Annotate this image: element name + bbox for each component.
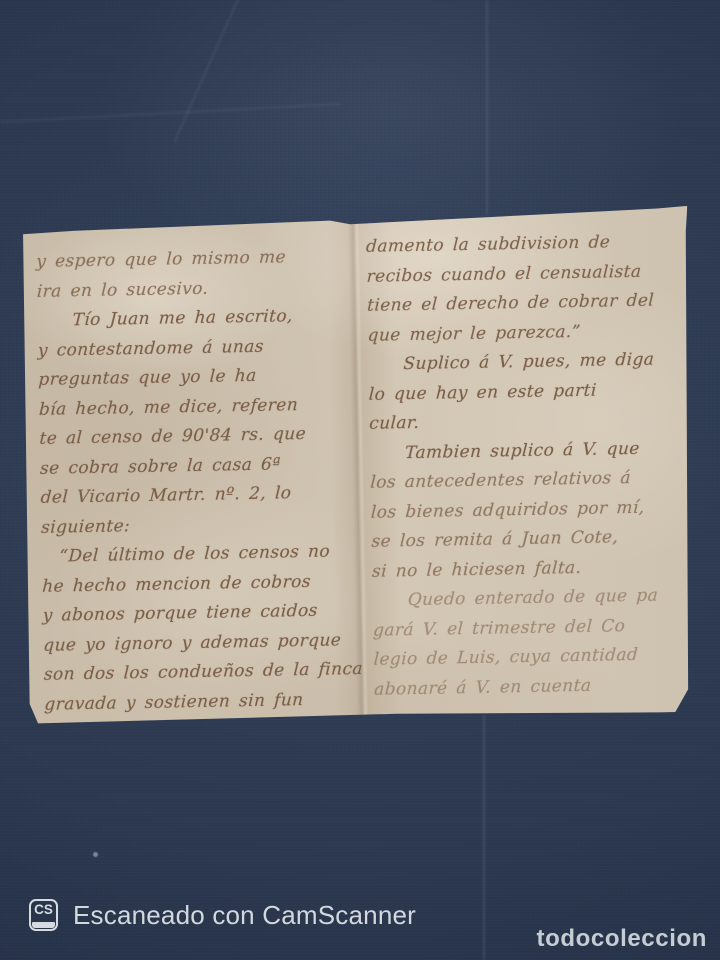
scanner-credit-text: Escaneado con CamScanner xyxy=(73,900,416,931)
dust-speck xyxy=(93,852,98,857)
handwritten-line: gravada y sostienen sin fun xyxy=(44,685,359,720)
cs-logo-base xyxy=(32,922,55,928)
scanned-photo: y espero que lo mismo meira en lo sucesi… xyxy=(0,0,720,960)
letter-left-page: y espero que lo mismo meira en lo sucesi… xyxy=(19,212,362,724)
todocoleccion-watermark: todocoleccion xyxy=(537,925,707,953)
letter-paper: y espero que lo mismo meira en lo sucesi… xyxy=(19,206,696,724)
camscanner-credit: CS Escaneado con CamScanner xyxy=(29,899,416,931)
crease-line xyxy=(483,715,485,960)
cs-logo-text: CS xyxy=(31,902,56,917)
crease-line xyxy=(173,0,248,143)
crease-line xyxy=(0,103,340,123)
camscanner-logo-icon: CS xyxy=(29,899,58,931)
crease-line xyxy=(486,0,488,215)
letter-right-page: damento la subdivision derecibos cuando … xyxy=(353,206,696,718)
handwritten-line: abonaré á V. en cuenta xyxy=(373,669,690,704)
